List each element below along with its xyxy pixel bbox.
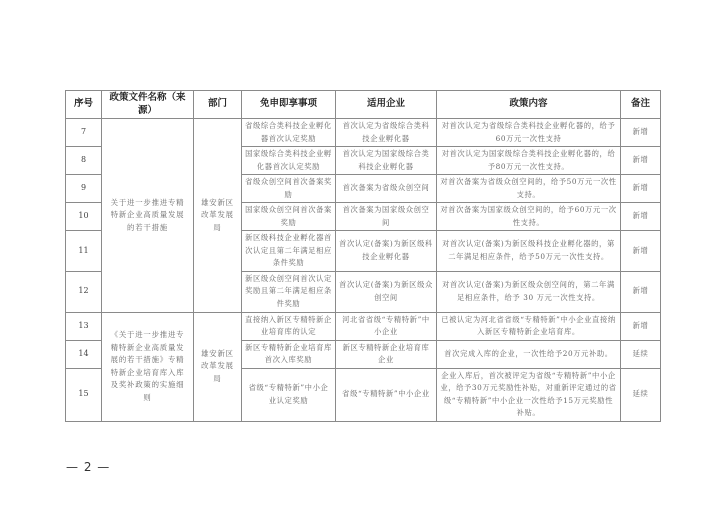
- page-number: — 2 —: [66, 460, 110, 474]
- item-cell: 省级综合类科技企业孵化器首次认定奖励: [242, 119, 336, 147]
- item-cell: 新区级科技企业孵化器首次认定且第二年满足相应条件奖励: [242, 231, 336, 272]
- note-cell: 新增: [621, 312, 661, 340]
- department-cell: 雄安新区改革发展局: [194, 312, 242, 421]
- row-no: 14: [66, 340, 102, 368]
- item-cell: 新区专精特新企业培育库首次入库奖励: [242, 340, 336, 368]
- header-policy-name: 政策文件名称（来源）: [102, 91, 194, 119]
- note-cell: 延续: [621, 340, 661, 368]
- item-cell: 国家级众创空间首次备案奖励: [242, 203, 336, 231]
- applicable-cell: 首次认定(备案)为新区级众创空间: [336, 271, 437, 312]
- content-cell: 对首次认定(备案)为新区级科技企业孵化器的，第二年满足相应条件，给予50万元一次…: [437, 231, 621, 272]
- content-cell: 对首次认定为省级综合类科技企业孵化器的，给予60万元一次性支持: [437, 119, 621, 147]
- department-cell: 雄安新区改革发展局: [194, 119, 242, 313]
- table-header-row: 序号 政策文件名称（来源） 部门 免申即享事项 适用企业 政策内容 备注: [66, 91, 661, 119]
- table-row: 13 《关于进一步推进专精特新企业高质量发展的若干措施》专精特新企业培育库入库及…: [66, 312, 661, 340]
- note-cell: 新增: [621, 231, 661, 272]
- item-cell: 省级“专精特新”中小企业认定奖励: [242, 368, 336, 421]
- header-no: 序号: [66, 91, 102, 119]
- note-cell: 新增: [621, 147, 661, 175]
- note-cell: 新增: [621, 271, 661, 312]
- content-cell: 首次完成入库的企业，一次性给予20万元补助。: [437, 340, 621, 368]
- row-no: 15: [66, 368, 102, 421]
- applicable-cell: 河北省省级“专精特新”中小企业: [336, 312, 437, 340]
- note-cell: 新增: [621, 203, 661, 231]
- header-item: 免申即享事项: [242, 91, 336, 119]
- header-content: 政策内容: [437, 91, 621, 119]
- item-cell: 新区级众创空间首次认定奖励且第二年满足相应条件奖励: [242, 271, 336, 312]
- applicable-cell: 首次备案为省级众创空间: [336, 175, 437, 203]
- row-no: 13: [66, 312, 102, 340]
- policy-name-cell: 《关于进一步推进专精特新企业高质量发展的若干措施》专精特新企业培育库入库及奖补政…: [102, 312, 194, 421]
- policy-table: 序号 政策文件名称（来源） 部门 免申即享事项 适用企业 政策内容 备注 7 关…: [65, 90, 661, 422]
- document-page: 序号 政策文件名称（来源） 部门 免申即享事项 适用企业 政策内容 备注 7 关…: [0, 0, 720, 509]
- note-cell: 新增: [621, 119, 661, 147]
- applicable-cell: 首次认定(备案)为新区级科技企业孵化器: [336, 231, 437, 272]
- item-cell: 直接纳入新区专精特新企业培育库的认定: [242, 312, 336, 340]
- applicable-cell: 首次认定为省级综合类科技企业孵化器: [336, 119, 437, 147]
- policy-name-cell: 关于进一步推进专精特新企业高质量发展的若干措施: [102, 119, 194, 313]
- content-cell: 对首次备案为国家级众创空间的，给予60万元一次性支持。: [437, 203, 621, 231]
- header-applicable: 适用企业: [336, 91, 437, 119]
- content-cell: 已被认定为河北省省级“专精特新”中小企业直接纳入新区专精特新企业培育库。: [437, 312, 621, 340]
- item-cell: 省级众创空间首次备案奖励: [242, 175, 336, 203]
- content-cell: 对首次认定(备案)为新区级众创空间的，第二年满足相应条件，给予 30 万元一次性…: [437, 271, 621, 312]
- row-no: 11: [66, 231, 102, 272]
- row-no: 9: [66, 175, 102, 203]
- applicable-cell: 新区专精特新企业培育库企业: [336, 340, 437, 368]
- applicable-cell: 省级“专精特新”中小企业: [336, 368, 437, 421]
- table-row: 7 关于进一步推进专精特新企业高质量发展的若干措施 雄安新区改革发展局 省级综合…: [66, 119, 661, 147]
- item-cell: 国家级综合类科技企业孵化器首次认定奖励: [242, 147, 336, 175]
- content-cell: 对首次认定为国家级综合类科技企业孵化器的，给予80万元一次性支持。: [437, 147, 621, 175]
- content-cell: 对首次备案为省级众创空间的，给予50万元一次性支持。: [437, 175, 621, 203]
- content-cell: 企业入库后，首次被评定为省级“专精特新”中小企业，给予30万元奖励性补贴，对重新…: [437, 368, 621, 421]
- header-note: 备注: [621, 91, 661, 119]
- note-cell: 延续: [621, 368, 661, 421]
- row-no: 8: [66, 147, 102, 175]
- row-no: 10: [66, 203, 102, 231]
- note-cell: 新增: [621, 175, 661, 203]
- applicable-cell: 首次备案为国家级众创空间: [336, 203, 437, 231]
- row-no: 7: [66, 119, 102, 147]
- row-no: 12: [66, 271, 102, 312]
- applicable-cell: 首次认定为国家级综合类科技企业孵化器: [336, 147, 437, 175]
- header-department: 部门: [194, 91, 242, 119]
